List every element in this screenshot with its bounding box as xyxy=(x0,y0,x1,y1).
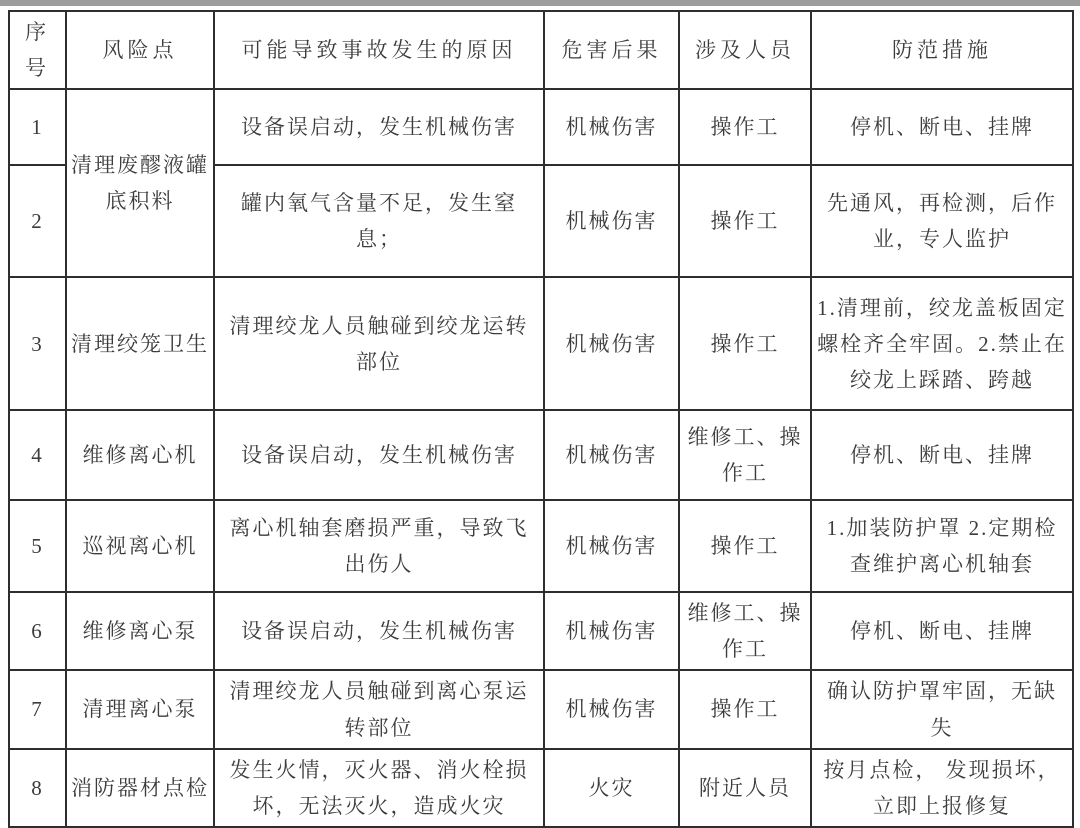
cell-personnel: 维修工、操作工 xyxy=(679,592,811,670)
cell-personnel: 操作工 xyxy=(679,500,811,592)
cell-cause: 设备误启动，发生机械伤害 xyxy=(214,592,544,670)
cell-cause: 设备误启动，发生机械伤害 xyxy=(214,89,544,165)
cell-consequence: 机械伤害 xyxy=(544,670,679,748)
cell-consequence: 机械伤害 xyxy=(544,592,679,670)
cell-measures: 1.加装防护罩 2.定期检查维护离心机轴套 xyxy=(811,500,1073,592)
cell-consequence: 机械伤害 xyxy=(544,410,679,500)
table-row: 3 清理绞笼卫生 清理绞龙人员触碰到绞龙运转部位 机械伤害 操作工 1.清理前，… xyxy=(9,277,1073,410)
cell-serial: 7 xyxy=(9,670,66,748)
cell-consequence: 机械伤害 xyxy=(544,500,679,592)
cell-cause: 离心机轴套磨损严重，导致飞出伤人 xyxy=(214,500,544,592)
cell-cause: 设备误启动，发生机械伤害 xyxy=(214,410,544,500)
header-cause: 可能导致事故发生的原因 xyxy=(214,11,544,89)
cell-risk-point: 消防器材点检 xyxy=(66,749,214,790)
cell-personnel: 附近人员 xyxy=(679,749,811,790)
cell-measures: 按月点检， 发现损坏，立即上报修复 xyxy=(811,749,1073,790)
cell-cause: 发生火情，灭火器、消火栓损坏，无法灭火，造成火灾 xyxy=(214,749,544,790)
table-row: 1 清理废醪液罐底积料 设备误启动，发生机械伤害 机械伤害 操作工 停机、断电、… xyxy=(9,89,1073,165)
header-risk-point: 风险点 xyxy=(66,11,214,89)
cell-risk-point: 维修离心机 xyxy=(66,410,214,500)
cell-measures: 停机、断电、挂牌 xyxy=(811,592,1073,670)
cell-serial: 4 xyxy=(9,410,66,500)
table-row: 4 维修离心机 设备误启动，发生机械伤害 机械伤害 维修工、操作工 停机、断电、… xyxy=(9,410,1073,500)
cell-serial: 6 xyxy=(9,592,66,670)
page-top-edge xyxy=(0,0,1080,6)
table-row: 5 巡视离心机 离心机轴套磨损严重，导致飞出伤人 机械伤害 操作工 1.加装防护… xyxy=(9,500,1073,592)
risk-control-table: 序号 风险点 可能导致事故发生的原因 危害后果 涉及人员 防范措施 1 清理废醪… xyxy=(8,10,1074,790)
cell-personnel: 操作工 xyxy=(679,670,811,748)
cell-personnel: 操作工 xyxy=(679,277,811,410)
cell-risk-point: 清理绞笼卫生 xyxy=(66,277,214,410)
cell-cause: 罐内氧气含量不足，发生窒息； xyxy=(214,165,544,277)
header-serial-number: 序号 xyxy=(9,11,66,89)
cell-serial: 1 xyxy=(9,89,66,165)
cell-serial: 5 xyxy=(9,500,66,592)
cell-risk-point: 巡视离心机 xyxy=(66,500,214,592)
cell-personnel: 操作工 xyxy=(679,165,811,277)
cell-measures: 确认防护罩牢固，无缺失 xyxy=(811,670,1073,748)
cell-personnel: 维修工、操作工 xyxy=(679,410,811,500)
cell-consequence: 机械伤害 xyxy=(544,165,679,277)
cell-consequence: 机械伤害 xyxy=(544,277,679,410)
cell-risk-point: 维修离心泵 xyxy=(66,592,214,670)
table-row: 8 消防器材点检 发生火情，灭火器、消火栓损坏，无法灭火，造成火灾 火灾 附近人… xyxy=(9,749,1073,790)
table-row: 7 清理离心泵 清理绞龙人员触碰到离心泵运转部位 机械伤害 操作工 确认防护罩牢… xyxy=(9,670,1073,748)
cell-measures: 停机、断电、挂牌 xyxy=(811,89,1073,165)
table-header-row: 序号 风险点 可能导致事故发生的原因 危害后果 涉及人员 防范措施 xyxy=(9,11,1073,89)
cell-cause: 清理绞龙人员触碰到离心泵运转部位 xyxy=(214,670,544,748)
cell-risk-point: 清理离心泵 xyxy=(66,670,214,748)
cell-risk-point-merged: 清理废醪液罐底积料 xyxy=(66,89,214,277)
cell-personnel: 操作工 xyxy=(679,89,811,165)
cell-serial: 3 xyxy=(9,277,66,410)
cell-consequence: 火灾 xyxy=(544,749,679,790)
header-measures: 防范措施 xyxy=(811,11,1073,89)
cell-measures: 先通风，再检测，后作业，专人监护 xyxy=(811,165,1073,277)
cell-consequence: 机械伤害 xyxy=(544,89,679,165)
cell-measures: 1.清理前，绞龙盖板固定螺栓齐全牢固。2.禁止在绞龙上踩踏、跨越 xyxy=(811,277,1073,410)
header-personnel: 涉及人员 xyxy=(679,11,811,89)
table-row: 6 维修离心泵 设备误启动，发生机械伤害 机械伤害 维修工、操作工 停机、断电、… xyxy=(9,592,1073,670)
cell-cause: 清理绞龙人员触碰到绞龙运转部位 xyxy=(214,277,544,410)
header-consequence: 危害后果 xyxy=(544,11,679,89)
cell-serial: 2 xyxy=(9,165,66,277)
cell-measures: 停机、断电、挂牌 xyxy=(811,410,1073,500)
cell-serial: 8 xyxy=(9,749,66,790)
